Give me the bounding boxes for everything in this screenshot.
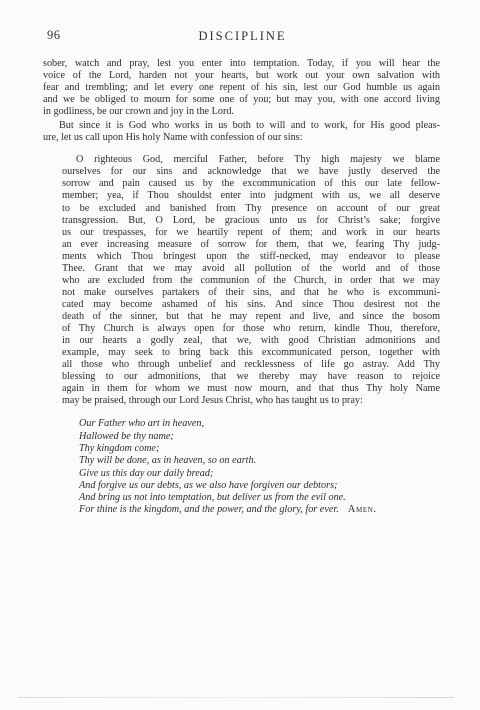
amen-text: Amen.	[348, 504, 377, 515]
text-line: But since it is God who works in us both…	[43, 120, 440, 132]
text-line: in our hearts a godly zeal, that we, wit…	[62, 335, 440, 347]
page-body: sober, watch and pray, lest you enter in…	[43, 58, 440, 517]
text-line: ments which Thou bringest upon the stiff…	[62, 251, 440, 263]
text-line: And bring us not into temptation, but de…	[79, 492, 440, 504]
page-header: 96 DISCIPLINE	[47, 27, 438, 45]
text-line: Give us this day our daily bread;	[79, 468, 440, 480]
doxology-text: For thine is the kingdom, and the power,…	[79, 504, 339, 515]
text-line: ure, let us call upon His holy Name with…	[43, 132, 440, 144]
text-line: member; yea, if Thou shouldst enter into…	[62, 190, 440, 202]
text-line: transgression. But, O Lord, be gracious …	[62, 215, 440, 227]
prayer-of-confession-block: O righteous God, merciful Father, before…	[62, 154, 440, 407]
paragraph-but-since: But since it is God who works in us both…	[43, 120, 440, 144]
text-line: may be praised, through our Lord Jesus C…	[62, 395, 440, 407]
lords-prayer-final-line: For thine is the kingdom, and the power,…	[79, 504, 440, 516]
text-line: Hallowed be thy name;	[79, 431, 440, 443]
text-line: example, may seek to bring back this exc…	[62, 347, 440, 359]
text-line: an ever increasing measure of sorrow for…	[62, 239, 440, 251]
text-line: O righteous God, merciful Father, before…	[62, 154, 440, 166]
text-line: ourselves for our sins and acknowledge t…	[62, 166, 440, 178]
paragraph-continuation: sober, watch and pray, lest you enter in…	[43, 58, 440, 118]
text-line: Thy will be done, as in heaven, so on ea…	[79, 455, 440, 467]
lords-prayer-lines: Our Father who art in heaven,Hallowed be…	[79, 418, 440, 504]
text-line: blessing to our admonitions, that we the…	[62, 371, 440, 383]
text-line: sober, watch and pray, lest you enter in…	[43, 58, 440, 70]
text-line: cated may become ashamed of his sins. An…	[62, 299, 440, 311]
text-line: to be excluded and banished from Thy pre…	[62, 203, 440, 215]
text-line: Thee. Grant that we may avoid all pollut…	[62, 263, 440, 275]
text-line: fear and trembling; and let every one re…	[43, 82, 440, 94]
text-line: of Thy Church is always open for those w…	[62, 323, 440, 335]
text-line: us our trespasses, for we heartily repen…	[62, 227, 440, 239]
text-line: sorrow and pain caused us by the excommu…	[62, 178, 440, 190]
text-line: in godliness, be our crown and joy in th…	[43, 106, 440, 118]
text-line: all those who through unbelief and reckl…	[62, 359, 440, 371]
lords-prayer-block: Our Father who art in heaven,Hallowed be…	[79, 418, 440, 516]
running-title: DISCIPLINE	[47, 29, 438, 44]
book-page: 96 DISCIPLINE sober, watch and pray, les…	[0, 0, 480, 710]
text-line: And forgive us our debts, as we also hav…	[79, 480, 440, 492]
text-line: not make ourselves partakers of their si…	[62, 287, 440, 299]
text-line: voice of the Lord, harden not your heart…	[43, 70, 440, 82]
text-line: who are excluded from the communion of t…	[62, 275, 440, 287]
scan-artifact-line	[18, 697, 454, 698]
text-line: Thy kingdom come;	[79, 443, 440, 455]
text-line: again in them for whom we must now mourn…	[62, 383, 440, 395]
text-line: death of the sinner, but that he may rep…	[62, 311, 440, 323]
text-line: Our Father who art in heaven,	[79, 418, 440, 430]
text-line: and we be obliged to mourn for some one …	[43, 94, 440, 106]
